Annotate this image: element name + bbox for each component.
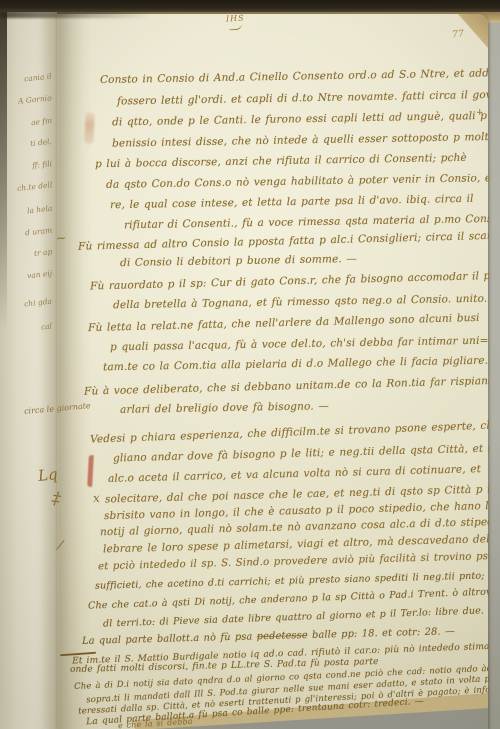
manuscript-line: p quali passa l'acqua, fù à voce del.to,… [110,335,489,354]
manuscript-line: gliano andar dove fà bisogno p le liti; … [113,442,489,465]
manuscript-line: Fù rimessa ad altro Consio la pposta fat… [78,229,489,252]
manuscript-line: Vedesi p chiara esperienza, che difficil… [90,418,489,445]
margin-monogram: Lq [37,465,58,485]
manuscript-line: da qsto Con.do Cons.o nò venga habilitat… [106,171,489,191]
manuscript-line: arlari del breligio dove fà bisogno. — [120,400,329,416]
manuscript-line: di Consio li debitori p buone di somme. … [120,253,357,269]
manuscript-line: benissio intesi disse, che nò intede à q… [112,130,489,149]
manuscript-line: Fù rauordato p il sp: Cur di gato Cons.r… [90,270,489,293]
manuscript-line: della bretella à Tognana, et fù rimesso … [113,293,487,312]
manuscript-line: rifiutar di Consenti., fù a voce rimessa… [124,213,489,232]
manuscript-line: alc.o aceta il carrico, et va alcuna vol… [108,463,481,485]
photo-background-top-wedge [0,11,150,18]
red-ink-smudge [84,112,95,144]
manuscript-line: di qtto, onde p le Canti. le furono essi… [112,110,489,129]
margin-x-mark: x [93,491,101,505]
manuscript-line: re, le qual cose intese, et letta la par… [110,193,474,211]
manuscript-line: tam.te co la Com.tia alla pielaria di d.… [103,355,488,374]
manuscript-line: Consto in Consio di And.a Cinello Consen… [100,66,489,86]
margin-swash: ~ [55,231,66,246]
manuscript-line: fossero letti gl'ordi. et capli di d.to … [117,89,489,108]
manuscript-line: p lui à bocca discorse, anzi che rifiuta… [95,152,467,171]
manuscript-photo: cania ilA Gornioae fmti del.ff: filich.t… [0,0,500,729]
margin-plus-mark: + [476,108,484,118]
manuscript-line: Fù letta la relat.ne fatta, che nell'arl… [88,312,480,334]
manuscript-text-block: Consto in Consio di And.a Cinello Consen… [0,0,489,729]
manuscript-line: Fù à voce deliberato, che si debbano uni… [84,374,489,397]
